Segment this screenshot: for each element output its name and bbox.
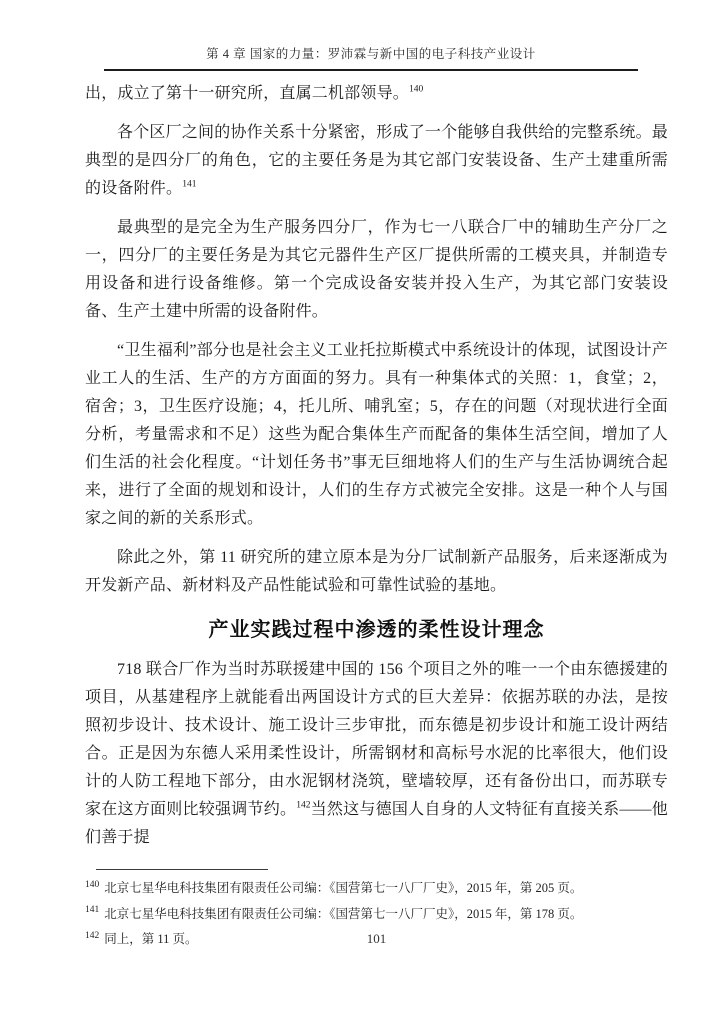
- paragraph-text: 出，成立了第十一研究所，直属二机部领导。: [85, 85, 409, 102]
- paragraph: 除此之外，第 11 研究所的建立原本是为分厂试制新产品服务，后来逐渐成为开发新产…: [85, 544, 668, 600]
- footnote-text: 北京七星华电科技集团有限责任公司编：《国营第七一八厂厂史》，2015 年，第 2…: [104, 881, 582, 895]
- footnote-number: 140: [85, 880, 99, 890]
- paragraph-text: 除此之外，第 11 研究所的建立原本是为分厂试制新产品服务，后来逐渐成为开发新产…: [85, 549, 668, 594]
- footnote-separator-rule: [96, 869, 268, 870]
- footnote-ref-marker: 142: [296, 801, 310, 811]
- footnote-ref-marker: 140: [409, 85, 423, 95]
- footnote-ref-marker: 141: [182, 180, 196, 190]
- paragraph: 718 联合厂作为当时苏联援建中国的 156 个项目之外的唯一一个由东德援建的项…: [85, 656, 668, 852]
- paragraph-text: “卫生福利”部分也是社会主义工业托拉斯模式中系统设计的体现，试图设计产业工人的生…: [85, 342, 668, 527]
- footnote-text: 北京七星华电科技集团有限责任公司编：《国营第七一八厂厂史》，2015 年，第 1…: [104, 907, 582, 921]
- paragraph: “卫生福利”部分也是社会主义工业托拉斯模式中系统设计的体现，试图设计产业工人的生…: [85, 337, 668, 533]
- paragraph: 各个区厂之间的协作关系十分紧密，形成了一个能够自我供给的完整系统。最典型的是四分…: [85, 119, 668, 203]
- footnote: 141北京七星华电科技集团有限责任公司编：《国营第七一八厂厂史》，2015 年，…: [85, 902, 668, 928]
- footnote-number: 141: [85, 905, 99, 915]
- document-page: 第 4 章 国家的力量：罗沛霖与新中国的电子科技产业设计 出，成立了第十一研究所…: [0, 0, 724, 1023]
- paragraph-text: 718 联合厂作为当时苏联援建中国的 156 个项目之外的唯一一个由东德援建的项…: [85, 661, 668, 818]
- paragraph: 最典型的是完全为生产服务四分厂，作为七一八联合厂中的辅助生产分厂之一，四分厂的主…: [85, 214, 668, 326]
- section-heading: 产业实践过程中渗透的柔性设计理念: [85, 616, 668, 644]
- paragraph-text: 各个区厂之间的协作关系十分紧密，形成了一个能够自我供给的完整系统。最典型的是四分…: [85, 124, 668, 197]
- paragraph-text: 最典型的是完全为生产服务四分厂，作为七一八联合厂中的辅助生产分厂之一，四分厂的主…: [85, 219, 668, 320]
- page-number: 101: [85, 931, 668, 947]
- footnote: 140北京七星华电科技集团有限责任公司编：《国营第七一八厂厂史》，2015 年，…: [85, 876, 668, 902]
- paragraph: 出，成立了第十一研究所，直属二机部领导。140: [85, 80, 668, 108]
- running-header: 第 4 章 国家的力量：罗沛霖与新中国的电子科技产业设计: [104, 45, 638, 71]
- page-body: 出，成立了第十一研究所，直属二机部领导。140 各个区厂之间的协作关系十分紧密，…: [85, 80, 668, 863]
